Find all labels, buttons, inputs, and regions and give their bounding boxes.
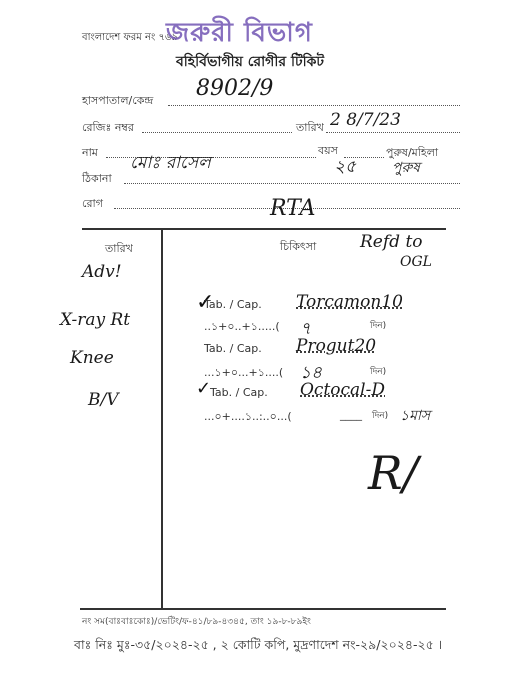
doctor-signature: R/ (368, 446, 418, 500)
rx-days-label: দিন) (372, 408, 388, 423)
rx-drug: Torcamon10 (296, 292, 403, 312)
referral-line2: OGL (400, 254, 432, 270)
rx-drug: Octocal-D (300, 380, 385, 400)
rx-dose: ..১+০..+১.....( (204, 318, 280, 337)
rx-type: Tab. / Cap. (210, 386, 268, 399)
sex-value[interactable]: পুরুষ (392, 156, 420, 180)
rx-drug: Progut20 (296, 336, 376, 356)
hospital-value[interactable]: 8902/9 (196, 76, 273, 101)
hospital-dots (168, 104, 460, 106)
rx-days-label: দিন) (370, 364, 386, 379)
table-column-divider (161, 228, 163, 608)
rx-extra: ১মাস (400, 404, 430, 428)
page-title: বহির্বিভাগীয় রোগীর টিকিট (176, 50, 324, 74)
rx-type: Tab. / Cap. (204, 298, 262, 311)
hospital-label: হাসপাতাল/কেন্দ্র (82, 92, 153, 111)
table-bottom-border (80, 608, 446, 610)
form-number: বাংলাদেশ ফরম নং ৭৬৯ (82, 30, 178, 47)
table-top-border (82, 228, 446, 230)
footer-print-info: বাঃ নিঃ মুঃ-৩৫/২০২৪-২৫ , ২ কোটি কপি, মুদ… (74, 637, 442, 657)
name-label: নাম (82, 144, 98, 163)
rx-type: Tab. / Cap. (204, 342, 262, 355)
disease-label: রোগ (82, 195, 103, 214)
date-label: তারিখ (296, 119, 324, 138)
reg-no-label: রেজিঃ নম্বর (82, 119, 134, 138)
rx-days-label: দিন) (370, 318, 386, 333)
col-date-header: তারিখ (105, 240, 133, 259)
footer-approval: নং সম(বাঃবাঃকোঃ)/ভেটিং/ফ-৪১/৮৯-৪৩৪৫, তাং… (82, 614, 311, 629)
checkmark-icon: ✓ (196, 378, 211, 399)
date-value[interactable]: 2 8/7/23 (330, 110, 401, 130)
rx-dose: ...১+০...+১....( (204, 364, 283, 383)
date-note: X-ray Rt (60, 310, 130, 330)
col-treatment-header: চিকিৎসা (280, 238, 316, 257)
age-value[interactable]: ২৫ (334, 154, 356, 182)
disease-value[interactable]: RTA (270, 196, 316, 221)
referral-line1: Refd to (360, 232, 423, 252)
date-note: Knee (70, 348, 114, 368)
name-value[interactable]: মোঃ রাসেল (130, 150, 211, 178)
address-label: ঠিকানা (82, 170, 112, 189)
date-note: B/V (88, 390, 119, 410)
date-note: Adv! (82, 262, 122, 282)
date-dots (326, 131, 460, 133)
reg-no-dots (142, 131, 292, 133)
address-dots (124, 182, 460, 184)
rx-days: ____ (340, 408, 362, 421)
rx-dose: ...০+....১..:..০...( (204, 408, 292, 427)
